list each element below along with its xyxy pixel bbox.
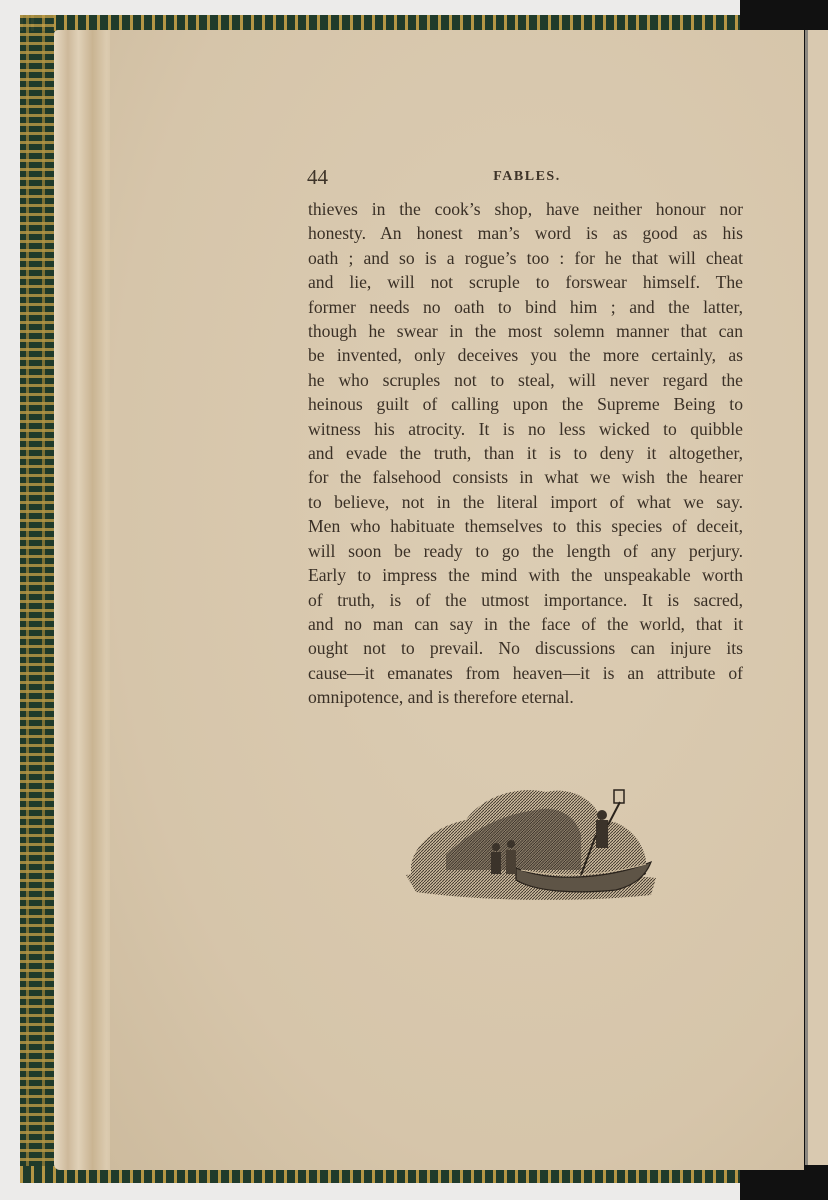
text-line: he who scruples not to steal, will never…	[308, 368, 743, 392]
text-line: omnipotence, and is therefore eternal.	[308, 685, 743, 709]
text-line: to believe, not in the literal import of…	[308, 490, 743, 514]
text-line: Early to impress the mind with the unspe…	[308, 563, 743, 587]
text-line: oath ; and so is a rogue’s too : for he …	[308, 246, 743, 270]
text-line: of truth, is of the utmost importance. I…	[308, 588, 743, 612]
text-line: ought not to prevail. No discussions can…	[308, 636, 743, 660]
text-line: will soon be ready to go the length of a…	[308, 539, 743, 563]
text-line: witness his atrocity. It is no less wick…	[308, 417, 743, 441]
text-line: for the falsehood consists in what we wi…	[308, 465, 743, 489]
page-header: 44 FABLES.	[307, 165, 747, 189]
text-line: and evade the truth, than it is to deny …	[308, 441, 743, 465]
text-line: Men who habituate themselves to this spe…	[308, 514, 743, 538]
text-line: former needs no oath to bind him ; and t…	[308, 295, 743, 319]
text-line: thieves in the cook’s shop, have neither…	[308, 197, 743, 221]
text-line: though he swear in the most solemn manne…	[308, 319, 743, 343]
text-line: and no man can say in the face of the wo…	[308, 612, 743, 636]
facing-page-edge	[805, 30, 828, 1165]
boat-scene-icon	[406, 780, 656, 905]
gilt-border-left	[20, 15, 54, 1183]
woodcut-illustration	[406, 780, 656, 905]
text-line: heinous guilt of calling upon the Suprem…	[308, 392, 743, 416]
text-line: cause—it emanates from heaven—it is an a…	[308, 661, 743, 685]
text-line: and lie, will not scruple to forswear hi…	[308, 270, 743, 294]
body-text: thieves in the cook’s shop, have neither…	[308, 197, 743, 710]
running-title: FABLES.	[307, 169, 747, 185]
gilt-border-top	[20, 15, 750, 31]
text-line: be invented, only deceives you the more …	[308, 343, 743, 367]
text-line: honesty. An honest man’s word is as good…	[308, 221, 743, 245]
